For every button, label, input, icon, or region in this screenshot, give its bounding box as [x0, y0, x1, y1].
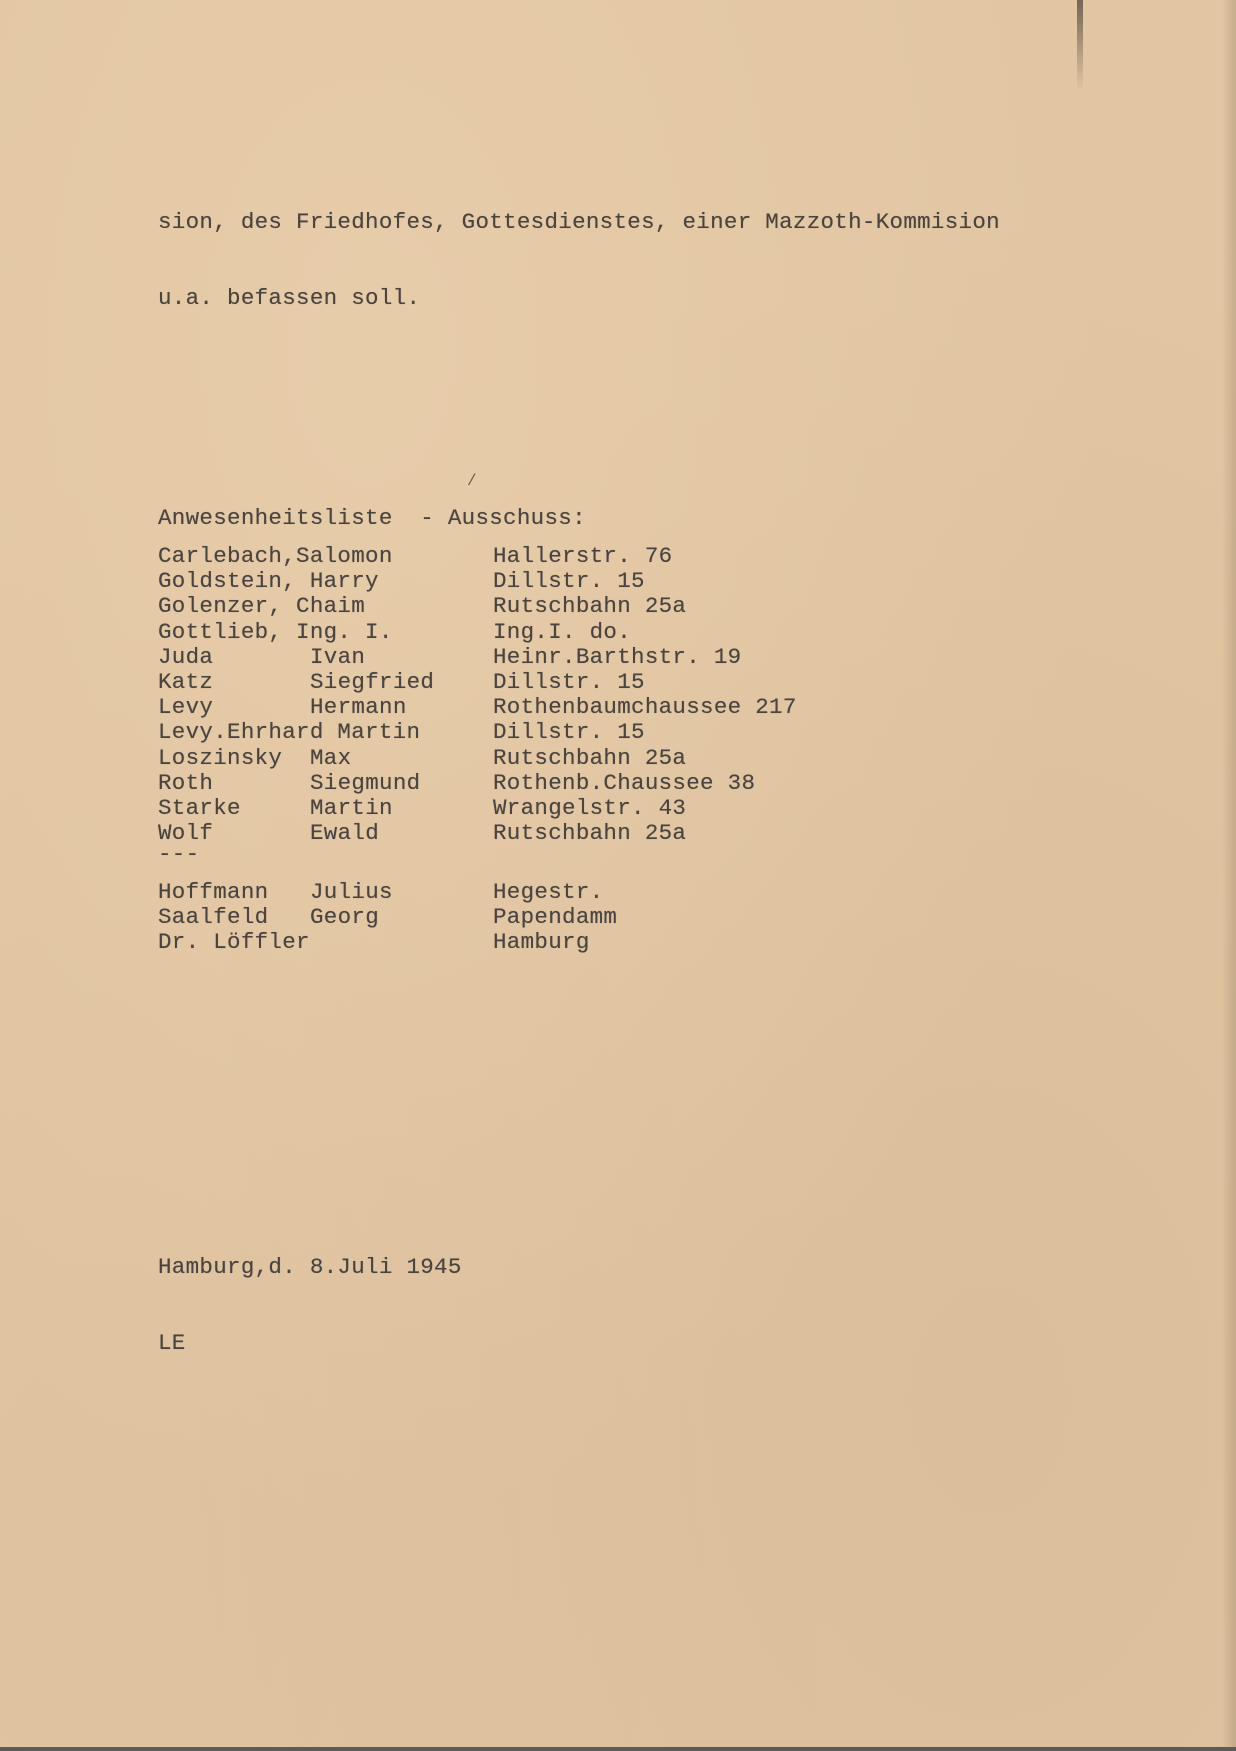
member-address: Hallerstr. 76: [493, 543, 672, 569]
divider-text: ---: [158, 841, 199, 867]
member-first-name: Hermann: [310, 694, 407, 720]
stray-mark: /: [467, 472, 477, 490]
member-first-name: Max: [310, 745, 351, 771]
intro-paragraph: sion, des Friedhofes, Gottesdienstes, ei…: [158, 160, 1000, 337]
guest-last-name: Saalfeld: [158, 904, 268, 930]
member-name: Levy.Ehrhard Martin: [158, 719, 420, 745]
guest-address: Hegestr.: [493, 879, 603, 905]
attendance-heading: Anwesenheitsliste - Ausschuss:: [158, 506, 586, 531]
intro-line: sion, des Friedhofes, Gottesdienstes, ei…: [158, 210, 1000, 236]
guest-address: Hamburg: [493, 929, 590, 955]
guest-first-name: Georg: [310, 904, 379, 930]
member-name: Gottlieb, Ing. I.: [158, 619, 393, 645]
footer: Hamburg,d. 8.Juli 1945 LE: [158, 1205, 462, 1382]
paper-mark: [1077, 0, 1083, 90]
member-address: Dillstr. 15: [493, 669, 645, 695]
member-address: Rothenb.Chaussee 38: [493, 770, 755, 796]
member-address: Dillstr. 15: [493, 568, 645, 594]
member-last-name: Starke: [158, 795, 241, 821]
member-last-name: Levy: [158, 694, 213, 720]
member-first-name: Ewald: [310, 820, 379, 846]
page-edge: [1222, 0, 1236, 1751]
guest-address: Papendamm: [493, 904, 617, 930]
member-name: Goldstein, Harry: [158, 568, 379, 594]
member-address: Rothenbaumchaussee 217: [493, 694, 797, 720]
member-address: Ing.I. do.: [493, 619, 631, 645]
member-first-name: Ivan: [310, 644, 365, 670]
guest-last-name: Hoffmann: [158, 879, 268, 905]
member-address: Heinr.Barthstr. 19: [493, 644, 741, 670]
member-first-name: Martin: [310, 795, 393, 821]
member-address: Wrangelstr. 43: [493, 795, 686, 821]
member-name: Golenzer, Chaim: [158, 593, 365, 619]
member-name: Carlebach,Salomon: [158, 543, 393, 569]
place-date: Hamburg,d. 8.Juli 1945: [158, 1255, 462, 1281]
member-address: Dillstr. 15: [493, 719, 645, 745]
initials: LE: [158, 1331, 462, 1357]
member-address: Rutschbahn 25a: [493, 745, 686, 771]
member-last-name: Loszinsky: [158, 745, 282, 771]
member-address: Rutschbahn 25a: [493, 593, 686, 619]
guest-first-name: Julius: [310, 879, 393, 905]
member-first-name: Siegmund: [310, 770, 420, 796]
member-last-name: Juda: [158, 644, 213, 670]
page-bottom-edge: [0, 1747, 1236, 1751]
member-address: Rutschbahn 25a: [493, 820, 686, 846]
member-last-name: Katz: [158, 669, 213, 695]
member-last-name: Roth: [158, 770, 213, 796]
member-first-name: Siegfried: [310, 669, 434, 695]
guest-last-name: Dr. Löffler: [158, 929, 310, 955]
intro-line: u.a. befassen soll.: [158, 286, 1000, 312]
